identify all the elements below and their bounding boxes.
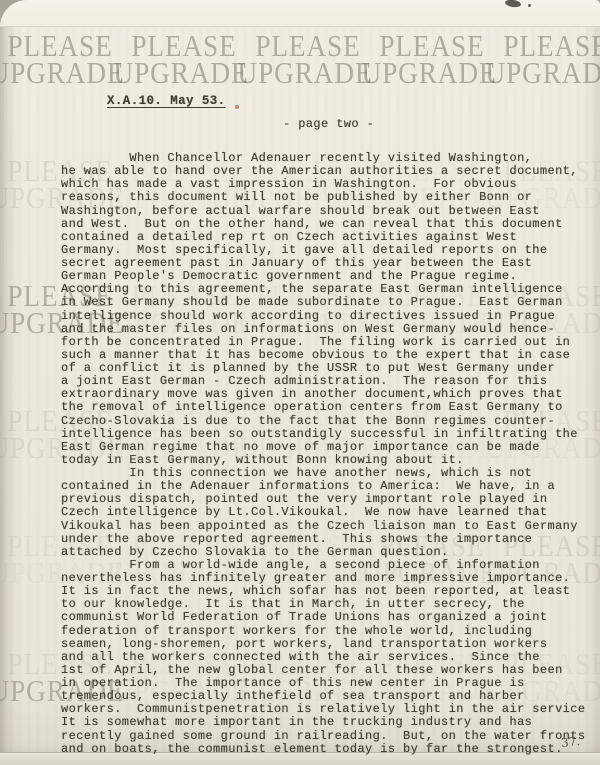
document-body: When Chancellor Adenauer recently visite…: [61, 152, 585, 756]
watermark-text: PLEASE: [7, 30, 112, 61]
watermark-text: UPGRADE: [238, 57, 373, 88]
watermark-text: UPGRADE: [362, 57, 497, 88]
paragraph: When Chancellor Adenauer recently visite…: [61, 152, 585, 467]
paragraph: In this connection we have another news,…: [61, 467, 585, 559]
watermark-text: PLEASE: [131, 30, 236, 61]
watermark-text: UPGRADE: [114, 57, 249, 88]
red-speck: [235, 105, 239, 109]
scanned-document-screen: PLEASEPLEASEPLEASEPLEASEPLEASEUPGRADEUPG…: [0, 0, 600, 765]
watermark-text: PLEASE: [379, 30, 484, 61]
page-number-annotation: 37.: [560, 734, 580, 750]
document-reference: X.A.10. May 53.: [107, 94, 226, 108]
page-label: - page two -: [283, 117, 374, 131]
paragraph: From a world-wide angle, a second piece …: [61, 559, 585, 756]
watermark-text: PLEASE: [255, 30, 360, 61]
watermark-text: PLEASE: [503, 30, 600, 61]
ink-speck: [528, 4, 531, 7]
watermark-text: UPGRADE: [486, 57, 600, 88]
watermark-text: UPGRADE: [0, 57, 124, 88]
paper-page: PLEASEPLEASEPLEASEPLEASEPLEASEUPGRADEUPG…: [0, 0, 600, 765]
